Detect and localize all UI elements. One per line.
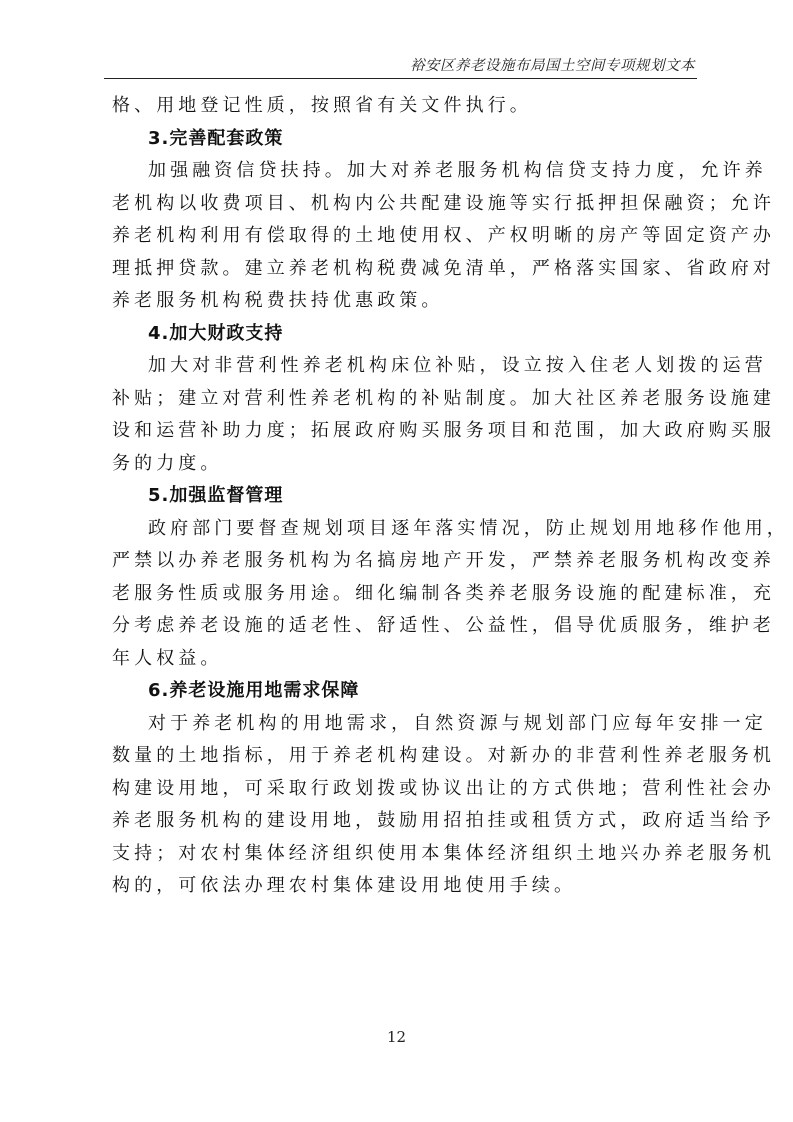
paragraph-line: 加大对非营利性养老机构床位补贴，设立按入住老人划拨的运营 bbox=[112, 350, 692, 383]
paragraph-line: 养老服务机构的建设用地，鼓励用招拍挂或租赁方式，政府适当给予 bbox=[112, 805, 692, 838]
paragraph-line: 构建设用地，可采取行政划拨或协议出让的方式供地；营利性社会办 bbox=[112, 773, 692, 806]
paragraph-line: 构的，可依法办理农村集体建设用地使用手续。 bbox=[112, 870, 692, 903]
paragraph-line: 设和运营补助力度；拓展政府购买服务项目和范围，加大政府购买服 bbox=[112, 415, 692, 448]
page-number: 12 bbox=[0, 1028, 793, 1046]
paragraph-line: 务的力度。 bbox=[112, 448, 692, 481]
paragraph-line: 数量的土地指标，用于养老机构建设。对新办的非营利性养老服务机 bbox=[112, 740, 692, 773]
section-5: 5.加强监督管理 政府部门要督查规划项目逐年落实情况，防止规划用地移作他用， 严… bbox=[112, 480, 692, 675]
section-heading: 4.加大财政支持 bbox=[112, 318, 692, 351]
paragraph-line: 对于养老机构的用地需求，自然资源与规划部门应每年安排一定 bbox=[112, 708, 692, 741]
paragraph-line: 政府部门要督查规划项目逐年落实情况，防止规划用地移作他用， bbox=[112, 513, 692, 546]
paragraph-line: 老服务性质或服务用途。细化编制各类养老服务设施的配建标准，充 bbox=[112, 578, 692, 611]
paragraph-line: 养老机构利用有偿取得的土地使用权、产权明晰的房产等固定资产办 bbox=[112, 220, 692, 253]
section-heading: 6.养老设施用地需求保障 bbox=[112, 675, 692, 708]
paragraph-line: 支持；对农村集体经济组织使用本集体经济组织土地兴办养老服务机 bbox=[112, 838, 692, 871]
paragraph-line: 严禁以办养老服务机构为名搞房地产开发，严禁养老服务机构改变养 bbox=[112, 545, 692, 578]
paragraph-line: 养老服务机构税费扶持优惠政策。 bbox=[112, 285, 692, 318]
paragraph-line: 分考虑养老设施的适老性、舒适性、公益性，倡导优质服务，维护老 bbox=[112, 610, 692, 643]
section-heading: 5.加强监督管理 bbox=[112, 480, 692, 513]
paragraph-line: 老机构以收费项目、机构内公共配建设施等实行抵押担保融资；允许 bbox=[112, 188, 692, 221]
section-heading: 3.完善配套政策 bbox=[112, 123, 692, 156]
page-body: 格、用地登记性质，按照省有关文件执行。 3.完善配套政策 加强融资信贷扶持。加大… bbox=[112, 90, 692, 903]
paragraph-line: 加强融资信贷扶持。加大对养老服务机构信贷支持力度，允许养 bbox=[112, 155, 692, 188]
paragraph-line: 理抵押贷款。建立养老机构税费减免清单，严格落实国家、省政府对 bbox=[112, 253, 692, 286]
section-3: 3.完善配套政策 加强融资信贷扶持。加大对养老服务机构信贷支持力度，允许养 老机… bbox=[112, 123, 692, 318]
document-title: 裕安区养老设施布局国土空间专项规划文本 bbox=[410, 54, 695, 75]
section-4: 4.加大财政支持 加大对非营利性养老机构床位补贴，设立按入住老人划拨的运营 补贴… bbox=[112, 318, 692, 481]
continuation-line: 格、用地登记性质，按照省有关文件执行。 bbox=[112, 90, 692, 123]
running-header: 裕安区养老设施布局国土空间专项规划文本 bbox=[104, 52, 697, 79]
paragraph-line: 补贴；建立对营利性养老机构的补贴制度。加大社区养老服务设施建 bbox=[112, 383, 692, 416]
paragraph-line: 年人权益。 bbox=[112, 643, 692, 676]
section-6: 6.养老设施用地需求保障 对于养老机构的用地需求，自然资源与规划部门应每年安排一… bbox=[112, 675, 692, 903]
